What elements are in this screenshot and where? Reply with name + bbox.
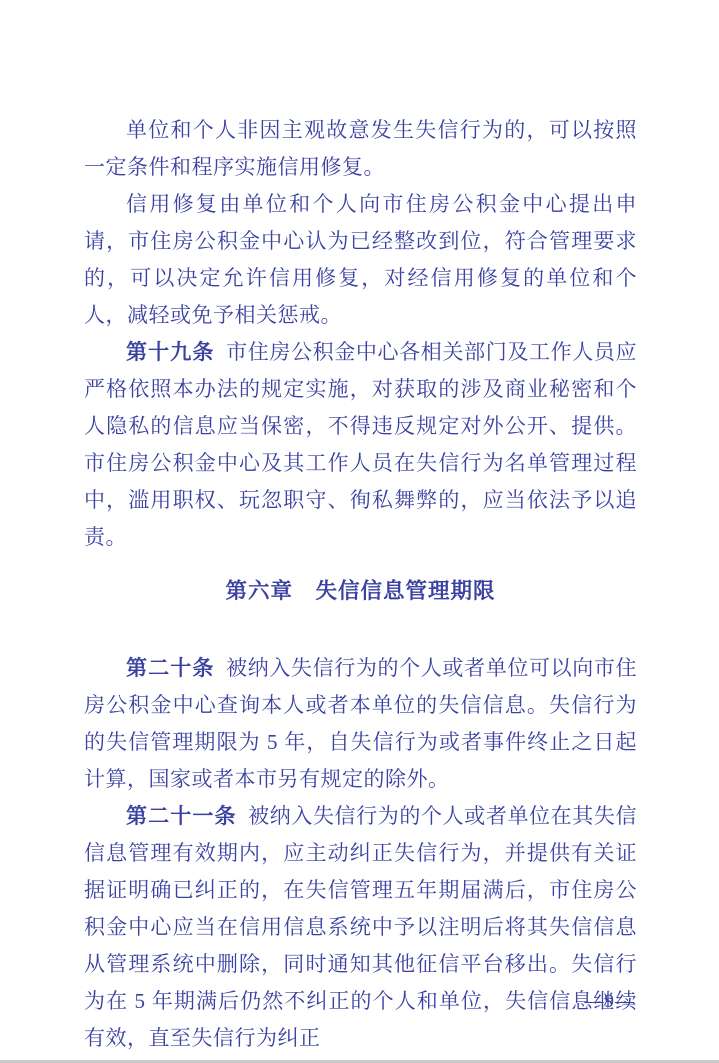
document-page: 单位和个人非因主观故意发生失信行为的，可以按照一定条件和程序实施信用修复。 信用… <box>0 0 719 1063</box>
paragraph-text: 信用修复由单位和个人向市住房公积金中心提出申请，市住房公积金中心认为已经整改到位… <box>84 192 637 327</box>
article-19-term: 第十九条 <box>126 341 215 364</box>
paragraph-article-21: 第二十一条被纳入失信行为的个人或者单位在其失信信息管理有效期内，应主动纠正失信行… <box>84 798 637 1057</box>
paragraph-text: 被纳入失信行为的个人或者单位在其失信信息管理有效期内，应主动纠正失信行为，并提供… <box>84 804 637 1050</box>
paragraph-text: 单位和个人非因主观故意发生失信行为的，可以按照一定条件和程序实施信用修复。 <box>84 118 637 179</box>
article-20-term: 第二十条 <box>126 657 215 680</box>
paragraph-text: 市住房公积金中心各相关部门及工作人员应严格依照本办法的规定实施，对获取的涉及商业… <box>84 340 637 549</box>
article-21-term: 第二十一条 <box>126 805 237 828</box>
paragraph-article-19: 第十九条市住房公积金中心各相关部门及工作人员应严格依照本办法的规定实施，对获取的… <box>84 334 637 556</box>
page-number: —9— <box>585 991 636 1013</box>
paragraph-article-20: 第二十条被纳入失信行为的个人或者单位可以向市住房公积金中心查询本人或者本单位的失… <box>84 650 637 798</box>
document-body: 单位和个人非因主观故意发生失信行为的，可以按照一定条件和程序实施信用修复。 信用… <box>84 112 637 1057</box>
paragraph-credit-repair-intro: 单位和个人非因主观故意发生失信行为的，可以按照一定条件和程序实施信用修复。 <box>84 112 637 186</box>
chapter-heading: 第六章 失信信息管理期限 <box>84 578 637 604</box>
paragraph-credit-repair-procedure: 信用修复由单位和个人向市住房公积金中心提出申请，市住房公积金中心认为已经整改到位… <box>84 186 637 334</box>
